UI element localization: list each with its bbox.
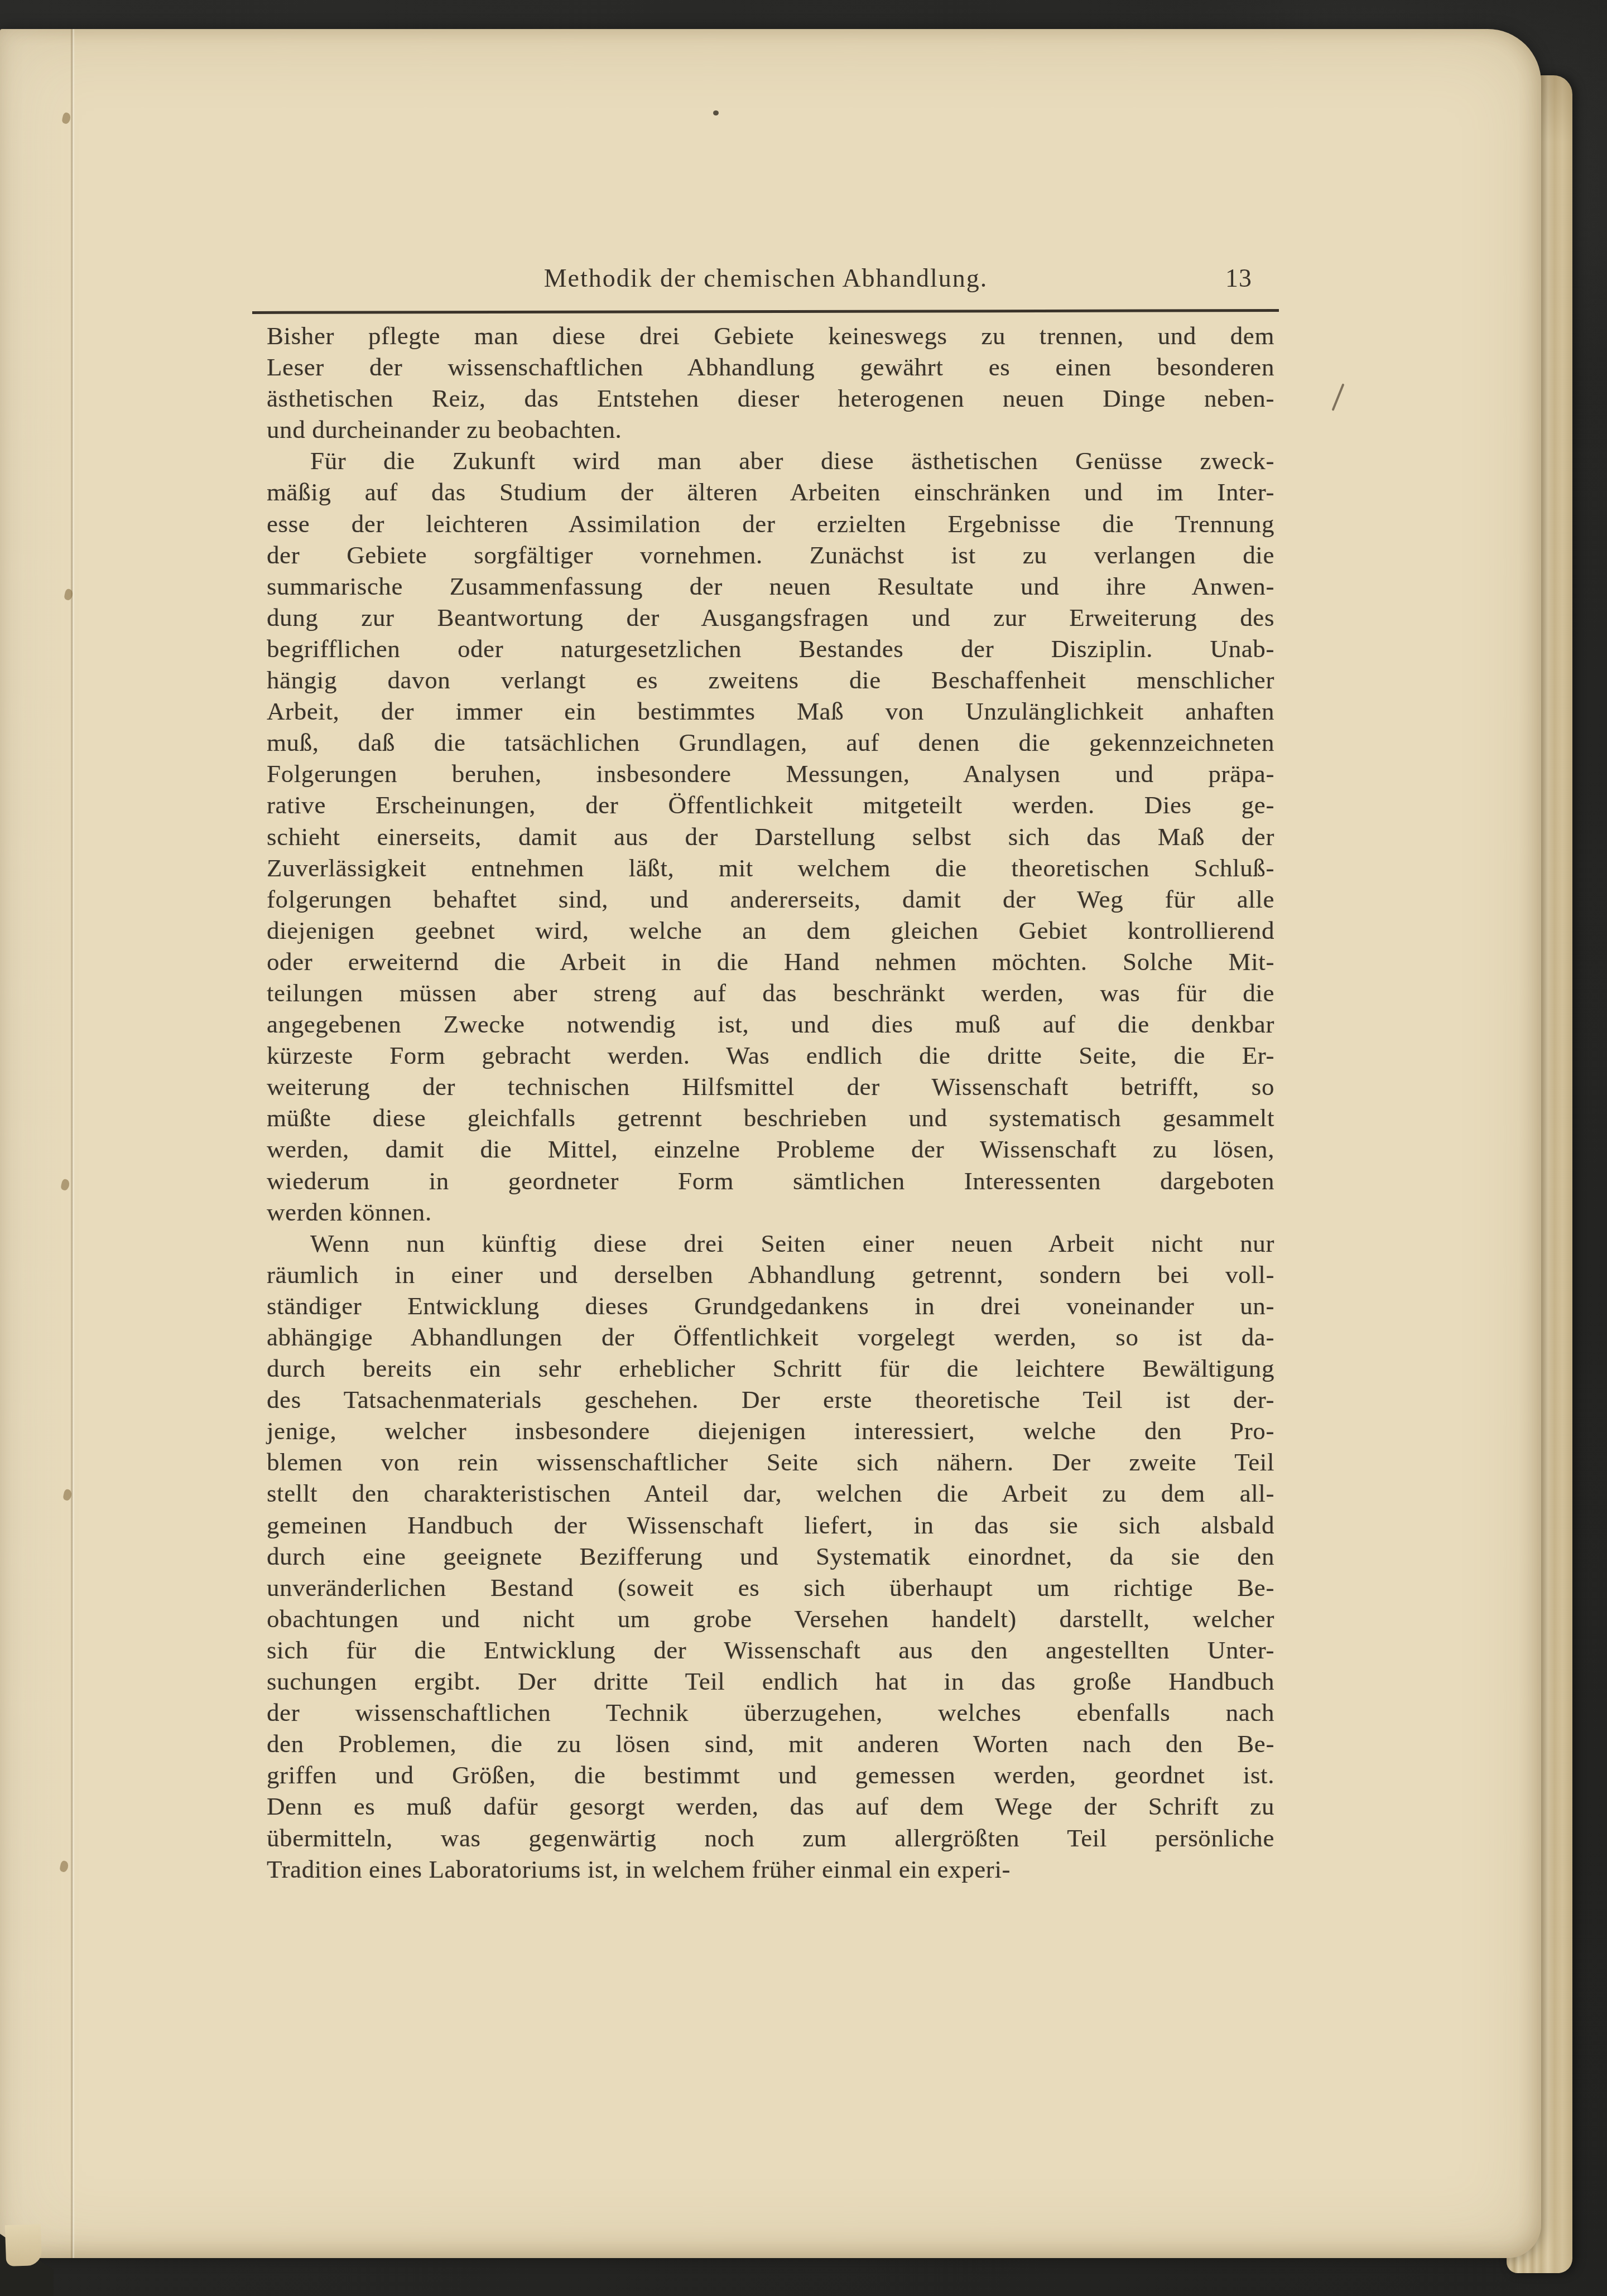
ink-speck — [713, 110, 719, 115]
text-line: ständiger Entwicklung dieses Grundgedank… — [267, 1290, 1274, 1321]
paragraph: Wenn nun künftig diese drei Seiten einer… — [267, 1228, 1274, 1885]
text-line: Denn es muß dafür gesorgt werden, das au… — [267, 1791, 1274, 1822]
text-line: müßte diese gleichfalls getrennt beschri… — [267, 1102, 1274, 1133]
text-line: jenige, welcher insbesondere diejenigen … — [267, 1415, 1274, 1446]
text-line: muß, daß die tatsächlichen Grundlagen, a… — [267, 727, 1274, 758]
running-head: Methodik der chemischen Abhandlung. — [254, 261, 1278, 296]
text-line: kürzeste Form gebracht werden. Was endli… — [267, 1040, 1274, 1071]
text-line: schieht einerseits, damit aus der Darste… — [267, 821, 1274, 852]
text-line: suchungen ergibt. Der dritte Teil endlic… — [267, 1666, 1274, 1697]
text-block: Bisher pflegte man diese drei Gebiete ke… — [267, 320, 1274, 1885]
paragraph: Bisher pflegte man diese drei Gebiete ke… — [267, 320, 1274, 445]
text-line: Wenn nun künftig diese drei Seiten einer… — [267, 1228, 1274, 1259]
text-line: weiterung der technischen Hilfsmittel de… — [267, 1071, 1274, 1102]
text-line: diejenigen geebnet wird, welche an dem g… — [267, 915, 1274, 946]
text-line: Zuverlässigkeit entnehmen läßt, mit welc… — [267, 852, 1274, 884]
text-line: folgerungen behaftet sind, und andererse… — [267, 884, 1274, 915]
text-line: begrifflichen oder naturgesetzlichen Bes… — [267, 633, 1274, 664]
text-line: den Problemen, die zu lösen sind, mit an… — [267, 1728, 1274, 1759]
text-line: unveränderlichen Bestand (soweit es sich… — [267, 1572, 1274, 1603]
text-line: stellt den charakteristischen Anteil dar… — [267, 1478, 1274, 1509]
text-line: räumlich in einer und derselben Abhandlu… — [267, 1259, 1274, 1290]
text-line: wiederum in geordneter Form sämtlichen I… — [267, 1165, 1274, 1197]
text-line: angegebenen Zwecke notwendig ist, und di… — [267, 1009, 1274, 1040]
text-line: sich für die Entwicklung der Wissenschaf… — [267, 1634, 1274, 1666]
text-line: oder erweiternd die Arbeit in die Hand n… — [267, 946, 1274, 977]
text-line: griffen und Größen, die bestimmt und gem… — [267, 1759, 1274, 1791]
text-line: Folgerungen beruhen, insbesondere Messun… — [267, 758, 1274, 789]
page-header: Methodik der chemischen Abhandlung. 13 — [254, 261, 1278, 296]
text-line: der wissenschaftlichen Technik überzugeh… — [267, 1697, 1274, 1728]
text-line: durch eine geeignete Bezifferung und Sys… — [267, 1541, 1274, 1572]
text-line: Bisher pflegte man diese drei Gebiete ke… — [267, 320, 1274, 351]
text-line: mäßig auf das Studium der älteren Arbeit… — [267, 476, 1274, 508]
text-line: esse der leichteren Assimilation der erz… — [267, 508, 1274, 539]
book-page: Methodik der chemischen Abhandlung. 13 B… — [0, 29, 1541, 2258]
text-line: Für die Zukunft wird man aber diese ästh… — [267, 445, 1274, 476]
gutter-crease — [70, 29, 75, 2258]
text-line: der Gebiete sorgfältiger vornehmen. Zunä… — [267, 539, 1274, 571]
paragraph: Für die Zukunft wird man aber diese ästh… — [267, 445, 1274, 1227]
scan-background: Methodik der chemischen Abhandlung. 13 B… — [0, 0, 1607, 2296]
text-line: rative Erscheinungen, der Öffentlichkeit… — [267, 789, 1274, 821]
text-line: gemeinen Handbuch der Wissenschaft liefe… — [267, 1509, 1274, 1541]
header-rule — [252, 309, 1279, 314]
text-line: abhängige Abhandlungen der Öffentlichkei… — [267, 1321, 1274, 1353]
text-line: Arbeit, der immer ein bestimmtes Maß von… — [267, 696, 1274, 727]
stray-pen-mark — [1331, 383, 1344, 411]
text-line: teilungen müssen aber streng auf das bes… — [267, 977, 1274, 1009]
text-line: werden, damit die Mittel, einzelne Probl… — [267, 1133, 1274, 1165]
text-line: summarische Zusammenfassung der neuen Re… — [267, 571, 1274, 602]
text-line: des Tatsachenmaterials geschehen. Der er… — [267, 1384, 1274, 1415]
text-line: ästhetischen Reiz, das Entstehen dieser … — [267, 383, 1274, 414]
text-line: blemen von rein wissenschaftlicher Seite… — [267, 1446, 1274, 1478]
text-line: übermitteln, was gegenwärtig noch zum al… — [267, 1822, 1274, 1854]
gutter-strip — [0, 29, 71, 2258]
text-line: hängig davon verlangt es zweitens die Be… — [267, 664, 1274, 696]
text-line: dung zur Beantwortung der Ausgangsfragen… — [267, 602, 1274, 633]
adjacent-page-edge — [5, 2224, 42, 2266]
text-line: und durcheinander zu beobachten. — [267, 414, 1274, 445]
page-number: 13 — [1225, 261, 1252, 296]
text-line: werden können. — [267, 1197, 1274, 1228]
text-line: Tradition eines Laboratoriums ist, in we… — [267, 1854, 1274, 1885]
text-line: durch bereits ein sehr erheblicher Schri… — [267, 1353, 1274, 1384]
text-line: obachtungen und nicht um grobe Versehen … — [267, 1603, 1274, 1634]
text-line: Leser der wissenschaftlichen Abhandlung … — [267, 351, 1274, 383]
